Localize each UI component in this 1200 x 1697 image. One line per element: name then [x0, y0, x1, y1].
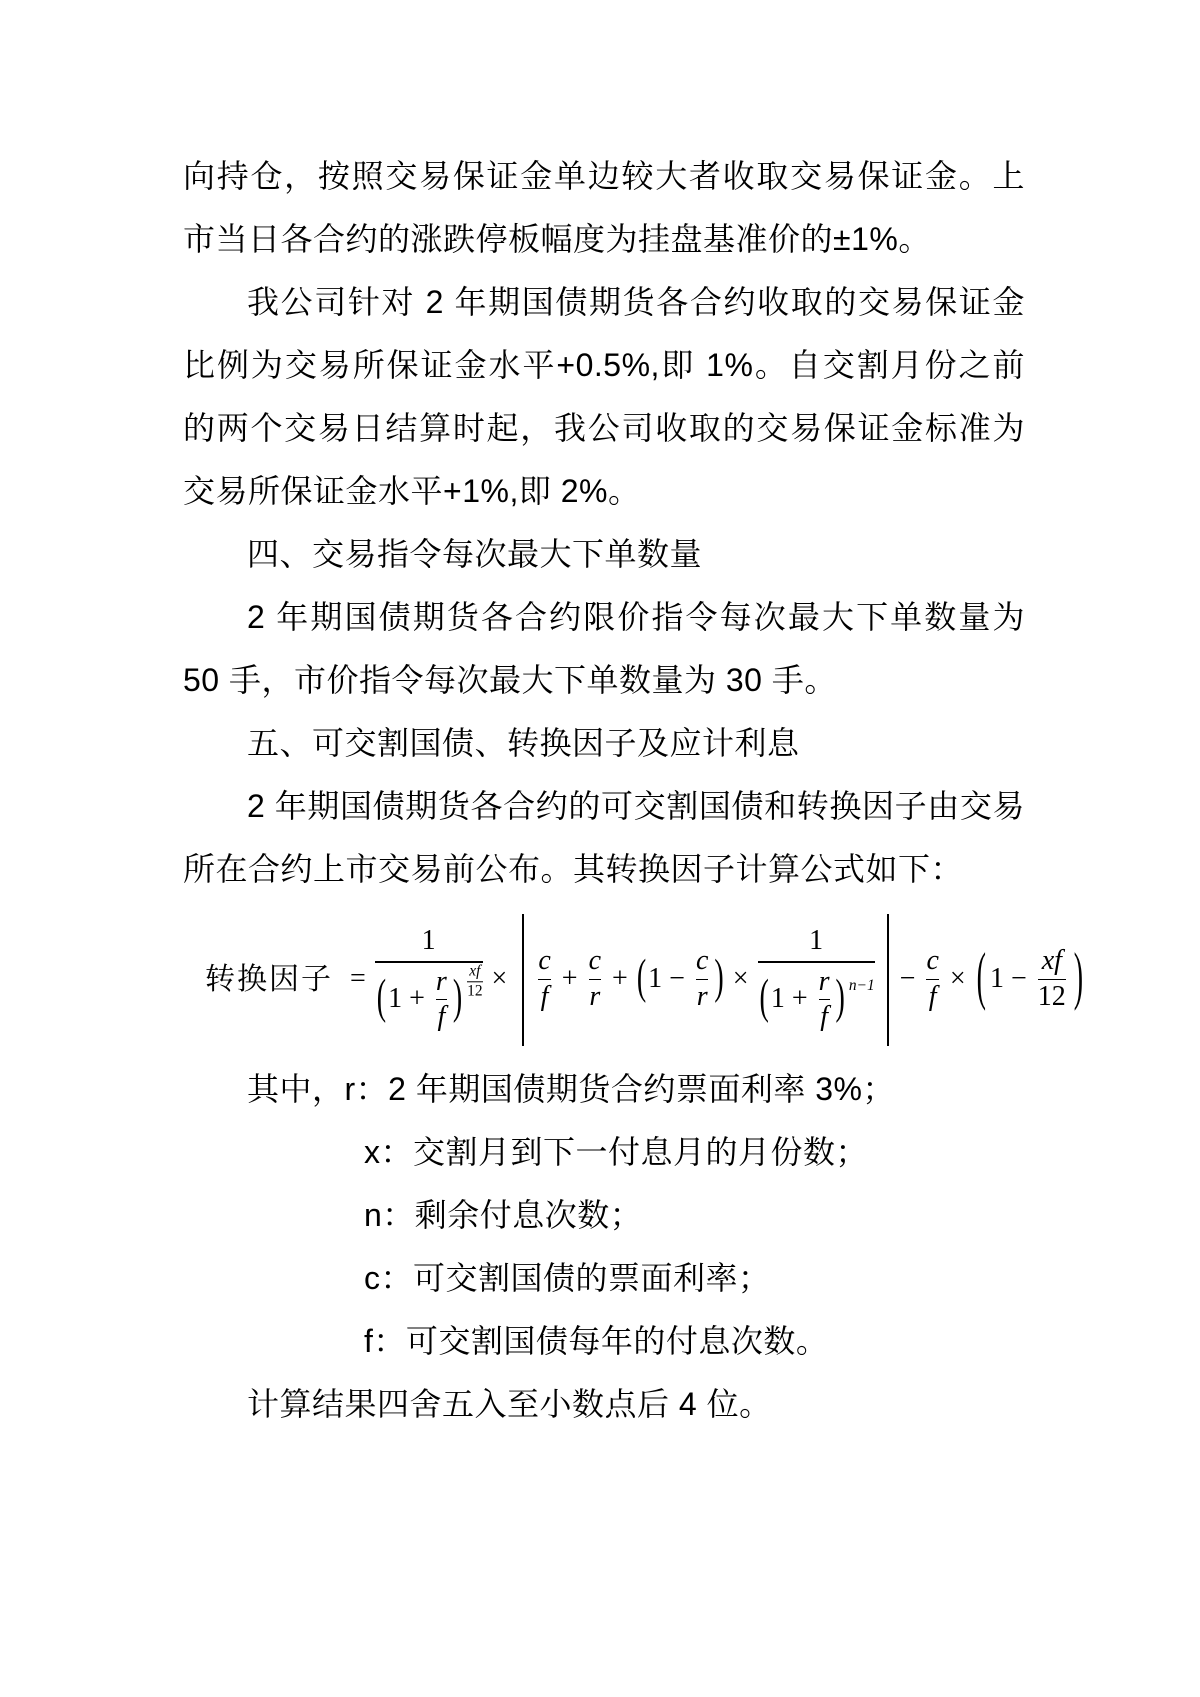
body-paragraph-deliverable-bonds: 2 年期国债期货各合约的可交割国债和转换因子由交易所在合约上市交易前公布。其转换… — [183, 775, 1025, 901]
denominator: ( 1 + rf ) n−1 — [758, 967, 875, 1034]
paragraph-text: 2 年期国债期货各合约的可交割国债和转换因子由交易所在合约上市交易前公布。其转换… — [183, 788, 1025, 887]
var-c: c — [696, 946, 708, 977]
var-f: f — [820, 1002, 828, 1033]
body-paragraph-margin-rule: 向持仓，按照交易保证金单边较大者收取交易保证金。上市当日各合约的涨跌停板幅度为挂… — [183, 145, 1025, 271]
math-token: 1 — [422, 926, 436, 957]
fraction-c-over-r: cr — [696, 946, 708, 1013]
fraction-bar — [589, 979, 601, 980]
fraction-bar — [926, 979, 938, 980]
var-r: r — [589, 982, 600, 1013]
heading-text: 四、交易指令每次最大下单数量 — [247, 536, 702, 572]
math-token: 1 — [648, 964, 662, 995]
var-f: f — [437, 1002, 445, 1033]
definition-text: n：剩余付息次数； — [364, 1197, 642, 1233]
fraction-bar — [1038, 979, 1066, 980]
times-sign: × — [733, 964, 749, 995]
var-r: r — [697, 982, 708, 1013]
exponent-xf-over-12: xf12 — [467, 964, 482, 1001]
fraction-c-over-f: cf — [538, 946, 550, 1013]
fraction-r-over-f: rf — [819, 967, 830, 1034]
var-f: f — [929, 982, 937, 1013]
fraction-bar — [819, 999, 830, 1000]
math-token: 1 — [388, 984, 402, 1015]
fraction-c-over-f: cf — [926, 946, 938, 1013]
definition-f: f：可交割国债每年的付息次数。 — [183, 1310, 1025, 1373]
document-page: 向持仓，按照交易保证金单边较大者收取交易保证金。上市当日各合约的涨跌停板幅度为挂… — [0, 0, 1200, 1697]
close-paren: ) — [453, 973, 462, 1027]
paragraph-text: 2 年期国债期货各合约限价指令每次最大下单数量为 50 手，市价指令每次最大下单… — [183, 599, 1025, 698]
definition-text: c：可交割国债的票面利率； — [364, 1260, 771, 1296]
fraction-bar — [696, 979, 708, 980]
open-paren: ( — [637, 953, 646, 1007]
var-r: r — [819, 967, 830, 998]
body-paragraph-order-limit: 2 年期国债期货各合约限价指令每次最大下单数量为 50 手，市价指令每次最大下单… — [183, 586, 1025, 712]
minus-sign: − — [1011, 964, 1027, 995]
var-c: c — [589, 946, 601, 977]
equals-sign: = — [350, 964, 366, 995]
minus-sign: − — [669, 964, 685, 995]
close-paren: ) — [1074, 944, 1083, 1015]
close-paren: ) — [714, 953, 723, 1007]
document-content: 向持仓，按照交易保证金单边较大者收取交易保证金。上市当日各合约的涨跌停板幅度为挂… — [183, 145, 1025, 1436]
plus-sign: + — [409, 984, 425, 1015]
paragraph-text: 向持仓，按照交易保证金单边较大者收取交易保证金。上市当日各合约的涨跌停板幅度为挂… — [183, 158, 1025, 257]
discount-fraction-n: 1 ( 1 + rf ) n−1 — [758, 926, 875, 1033]
plus-sign: + — [612, 964, 628, 995]
denominator: ( 1 + rf ) xf12 — [375, 967, 483, 1034]
definition-x: x：交割月到下一付息月的月份数； — [183, 1121, 1025, 1184]
open-paren: ( — [760, 973, 769, 1027]
times-sign: × — [950, 964, 966, 995]
var-xf: xf — [469, 964, 480, 981]
math-token: 12 — [1038, 982, 1066, 1013]
paragraph-text: 计算结果四舍五入至小数点后 4 位。 — [247, 1386, 772, 1422]
plus-sign: + — [562, 964, 578, 995]
var-c: c — [926, 946, 938, 977]
rounding-note: 计算结果四舍五入至小数点后 4 位。 — [183, 1373, 1025, 1436]
paragraph-text: 我公司针对 2 年期国债期货各合约收取的交易保证金比例为交易所保证金水平+0.5… — [183, 284, 1025, 509]
minus-sign: − — [900, 964, 916, 995]
definition-text: f：可交割国债每年的付息次数。 — [364, 1323, 828, 1359]
plus-sign: + — [792, 984, 808, 1015]
math-token: 1 — [809, 926, 823, 957]
heading-section-4: 四、交易指令每次最大下单数量 — [183, 523, 1025, 586]
fraction-bar — [758, 961, 875, 963]
math-token: 1 — [771, 984, 785, 1015]
var-c: c — [538, 946, 550, 977]
open-paren: ( — [377, 973, 386, 1027]
var-xf: xf — [1042, 946, 1062, 977]
body-paragraph-company-margin: 我公司针对 2 年期国债期货各合约收取的交易保证金比例为交易所保证金水平+0.5… — [183, 271, 1025, 523]
paragraph-text: 其中，r：2 年期国债期货合约票面利率 3%； — [247, 1071, 895, 1107]
open-paren: ( — [977, 944, 986, 1015]
fraction-r-over-f: rf — [436, 967, 447, 1034]
var-f: f — [541, 982, 549, 1013]
fraction-bar — [436, 999, 447, 1000]
discount-fraction: 1 ( 1 + rf ) xf12 — [375, 926, 483, 1033]
fraction-bar — [375, 961, 483, 963]
left-square-bracket — [522, 914, 524, 1046]
math-token: 1 — [990, 964, 1004, 995]
heading-text: 五、可交割国债、转换因子及应计利息 — [247, 725, 800, 761]
math-token: 12 — [467, 984, 482, 1001]
formula-variables-intro: 其中，r：2 年期国债期货合约票面利率 3%； — [183, 1058, 1025, 1121]
close-paren: ) — [836, 973, 845, 1027]
fraction-bar — [538, 979, 550, 980]
heading-section-5: 五、可交割国债、转换因子及应计利息 — [183, 712, 1025, 775]
definition-n: n：剩余付息次数； — [183, 1184, 1025, 1247]
conversion-factor-formula: 转换因子 = 1 ( 1 + rf ) xf12 × cf + cr + — [183, 901, 1025, 1058]
fraction-c-over-r: cr — [589, 946, 601, 1013]
right-square-bracket — [887, 914, 889, 1046]
var-r: r — [436, 967, 447, 998]
exponent-n-minus-1: n−1 — [849, 978, 875, 995]
times-sign: × — [492, 964, 508, 995]
fraction-xf-over-12: xf12 — [1038, 946, 1066, 1013]
definition-text: x：交割月到下一付息月的月份数； — [364, 1134, 868, 1170]
formula-label: 转换因子 — [205, 963, 333, 996]
definition-c: c：可交割国债的票面利率； — [183, 1247, 1025, 1310]
